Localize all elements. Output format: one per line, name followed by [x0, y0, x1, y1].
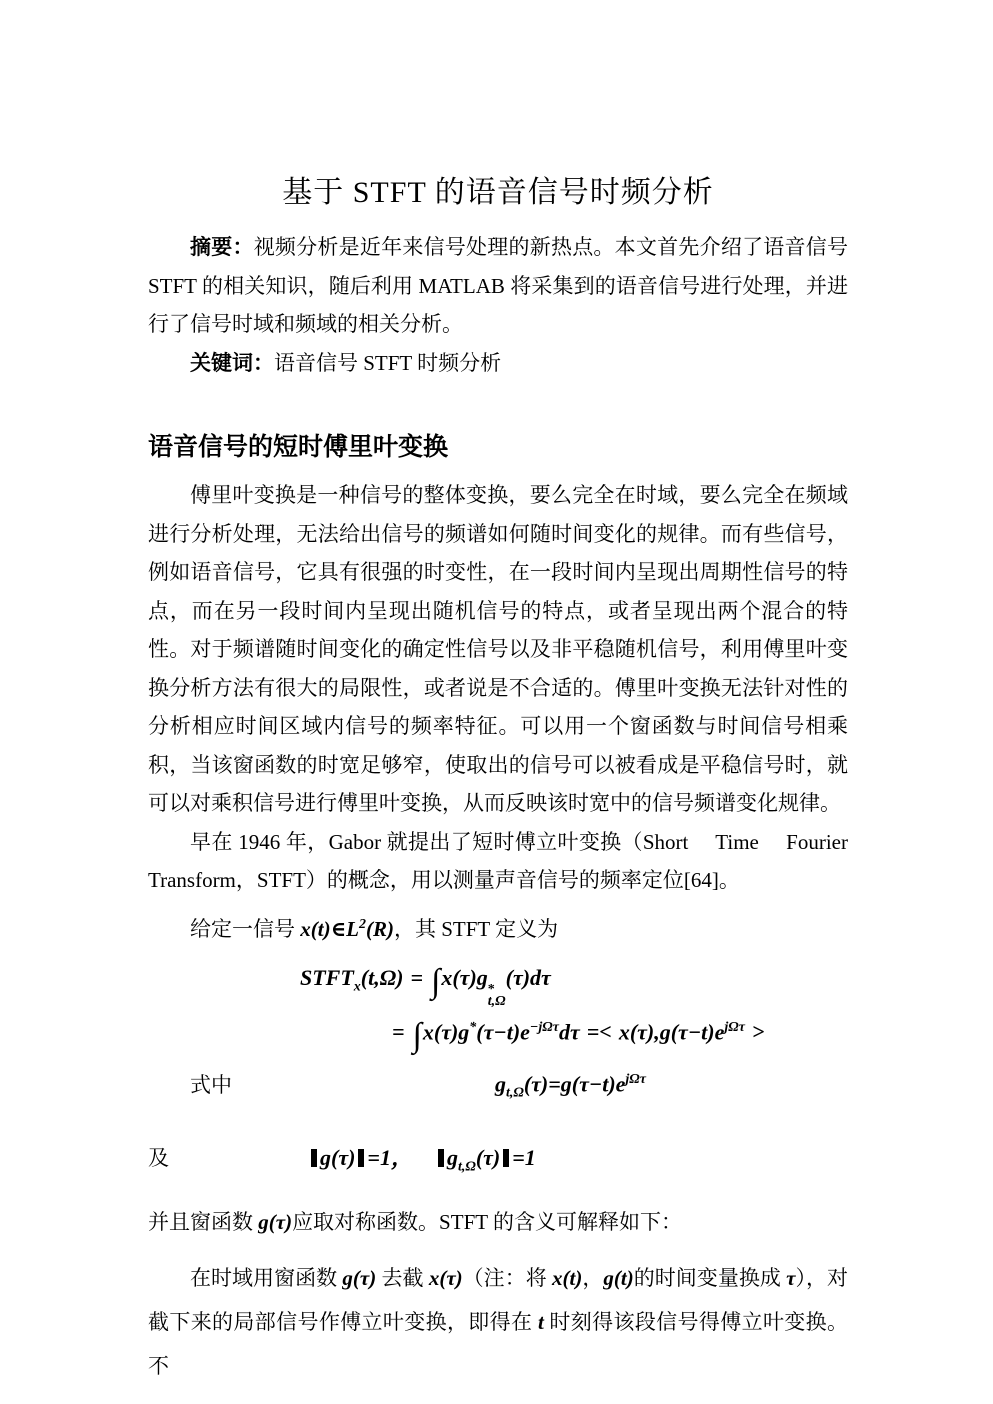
norm-bar-icon — [358, 1149, 364, 1167]
math-token: x(t) — [552, 1266, 582, 1290]
math-token: g(t) — [603, 1266, 633, 1290]
keywords-line: 关键词：语音信号 STFT 时频分析 — [148, 344, 848, 383]
math-token: STFT — [300, 965, 354, 990]
math-token: x(τ) — [429, 1266, 463, 1290]
text-segment: （注：将 — [463, 1266, 552, 1290]
text-segment: ，其 STFT 定义为 — [394, 917, 558, 941]
math-subscript: t,Ω — [506, 1086, 524, 1101]
window-symmetry-line: 并且窗函数 g(τ)应取对称函数。STFT 的含义可解释如下： — [148, 1203, 848, 1242]
math-token: (τ)=g(τ−t)e — [524, 1072, 626, 1097]
norm-bar-icon — [438, 1149, 444, 1167]
formula-window-function: gt,Ω(τ)=g(τ−t)ejΩτ — [495, 1060, 646, 1114]
math-subscript: x — [354, 979, 361, 994]
formula-stft-expanded: =∫x(τ)g*(τ−t)e−jΩτdτ=<x(τ),g(τ−t)ejΩτ> — [148, 1008, 848, 1052]
math-token: (t,Ω) — [361, 965, 404, 990]
math-token: g — [495, 1072, 506, 1097]
math-token: (τ)dτ — [506, 965, 551, 990]
math-signal: x(t)∈L — [300, 917, 359, 941]
math-domain: (R) — [366, 917, 394, 941]
math-superscript: −jΩτ — [530, 1020, 559, 1035]
math-subscript: t,Ω — [488, 996, 506, 1008]
text-segment: 的时间变量换成 — [634, 1266, 786, 1290]
text-segment: 并且窗函数 — [148, 1210, 258, 1234]
equals-angle-bracket: =< — [587, 1019, 612, 1044]
paper-title: 基于 STFT 的语音信号时频分析 — [148, 172, 848, 214]
definition-intro-line: 给定一信号 x(t)∈L2(R)，其 STFT 定义为 — [148, 906, 848, 949]
math-subscript: t,Ω — [458, 1159, 476, 1174]
math-token: g(τ) — [342, 1266, 376, 1290]
angle-bracket-close: > — [752, 1019, 765, 1044]
text-segment: 给定一信号 — [190, 917, 300, 941]
abstract-paragraph: 摘要：视频分析是近年来信号处理的新热点。本文首先介绍了语音信号 STFT 的相关… — [148, 228, 848, 344]
body-paragraph-fourier: 傅里叶变换是一种信号的整体变换，要么完全在时域，要么完全在频域进行分析处理，无法… — [148, 476, 848, 823]
integral-sign: ∫ — [412, 1017, 423, 1054]
math-token: =1 — [512, 1145, 536, 1170]
formula-norm-row: 及g(τ)=1，gt,Ω(τ)=1 — [148, 1138, 848, 1187]
keywords-label: 关键词： — [190, 351, 274, 375]
math-window-function: g(τ) — [258, 1210, 292, 1234]
integral-sign: ∫ — [430, 963, 441, 1000]
norm-bar-icon — [503, 1149, 509, 1167]
body-paragraph-interpretation: 在时域用窗函数 g(τ) 去截 x(τ)（注：将 x(t)，g(t)的时间变量换… — [148, 1256, 848, 1388]
abstract-text: 视频分析是近年来信号处理的新热点。本文首先介绍了语音信号 STFT 的相关知识，… — [148, 235, 848, 336]
math-superscript: 2 — [359, 917, 366, 932]
formula-stft-definition: STFTx(t,Ω)=∫x(τ)g*t,Ω(τ)dτ — [148, 958, 848, 1008]
math-token: (τ) — [476, 1145, 500, 1170]
math-token: dτ — [559, 1019, 580, 1044]
math-token: g(τ) — [320, 1145, 355, 1170]
equals-sign: = — [410, 965, 423, 990]
norm-bar-icon — [311, 1149, 317, 1167]
body-paragraph-gabor: 早在 1946 年，Gabor 就提出了短时傅立叶变换（Short Time F… — [148, 823, 848, 900]
text-segment: 在时域用窗函数 — [190, 1266, 342, 1290]
math-token: x(τ)g — [423, 1019, 469, 1044]
document-content: 基于 STFT 的语音信号时频分析 摘要：视频分析是近年来信号处理的新热点。本文… — [148, 0, 848, 1388]
keywords-text: 语音信号 STFT 时频分析 — [274, 351, 501, 375]
math-superscript: jΩτ — [724, 1020, 745, 1035]
shizhong-label: 式中 — [190, 1065, 232, 1105]
formula-norm-conditions: g(τ)=1，gt,Ω(τ)=1 — [308, 1138, 536, 1187]
math-token: (τ−t)e — [476, 1019, 530, 1044]
formula-window-row: 式中gt,Ω(τ)=g(τ−t)ejΩτ — [148, 1060, 848, 1114]
math-superscript: jΩτ — [625, 1072, 646, 1087]
text-segment: 应取对称函数。STFT 的含义可解释如下： — [292, 1210, 682, 1234]
math-token: x(τ),g(τ−t)e — [619, 1019, 725, 1044]
abstract-label: 摘要： — [190, 235, 254, 259]
math-token: =1， — [367, 1145, 413, 1170]
math-token: x(τ)g — [441, 965, 487, 990]
text-segment: ， — [582, 1266, 603, 1290]
section-heading: 语音信号的短时傅里叶变换 — [148, 428, 848, 468]
math-supsub-stack: *t,Ω — [488, 984, 506, 1008]
math-token: g — [447, 1145, 458, 1170]
text-segment: 去截 — [376, 1266, 429, 1290]
document-page: 基于 STFT 的语音信号时频分析 摘要：视频分析是近年来信号处理的新热点。本文… — [0, 0, 993, 1404]
equals-sign: = — [392, 1019, 405, 1044]
ji-label: 及 — [148, 1138, 169, 1178]
